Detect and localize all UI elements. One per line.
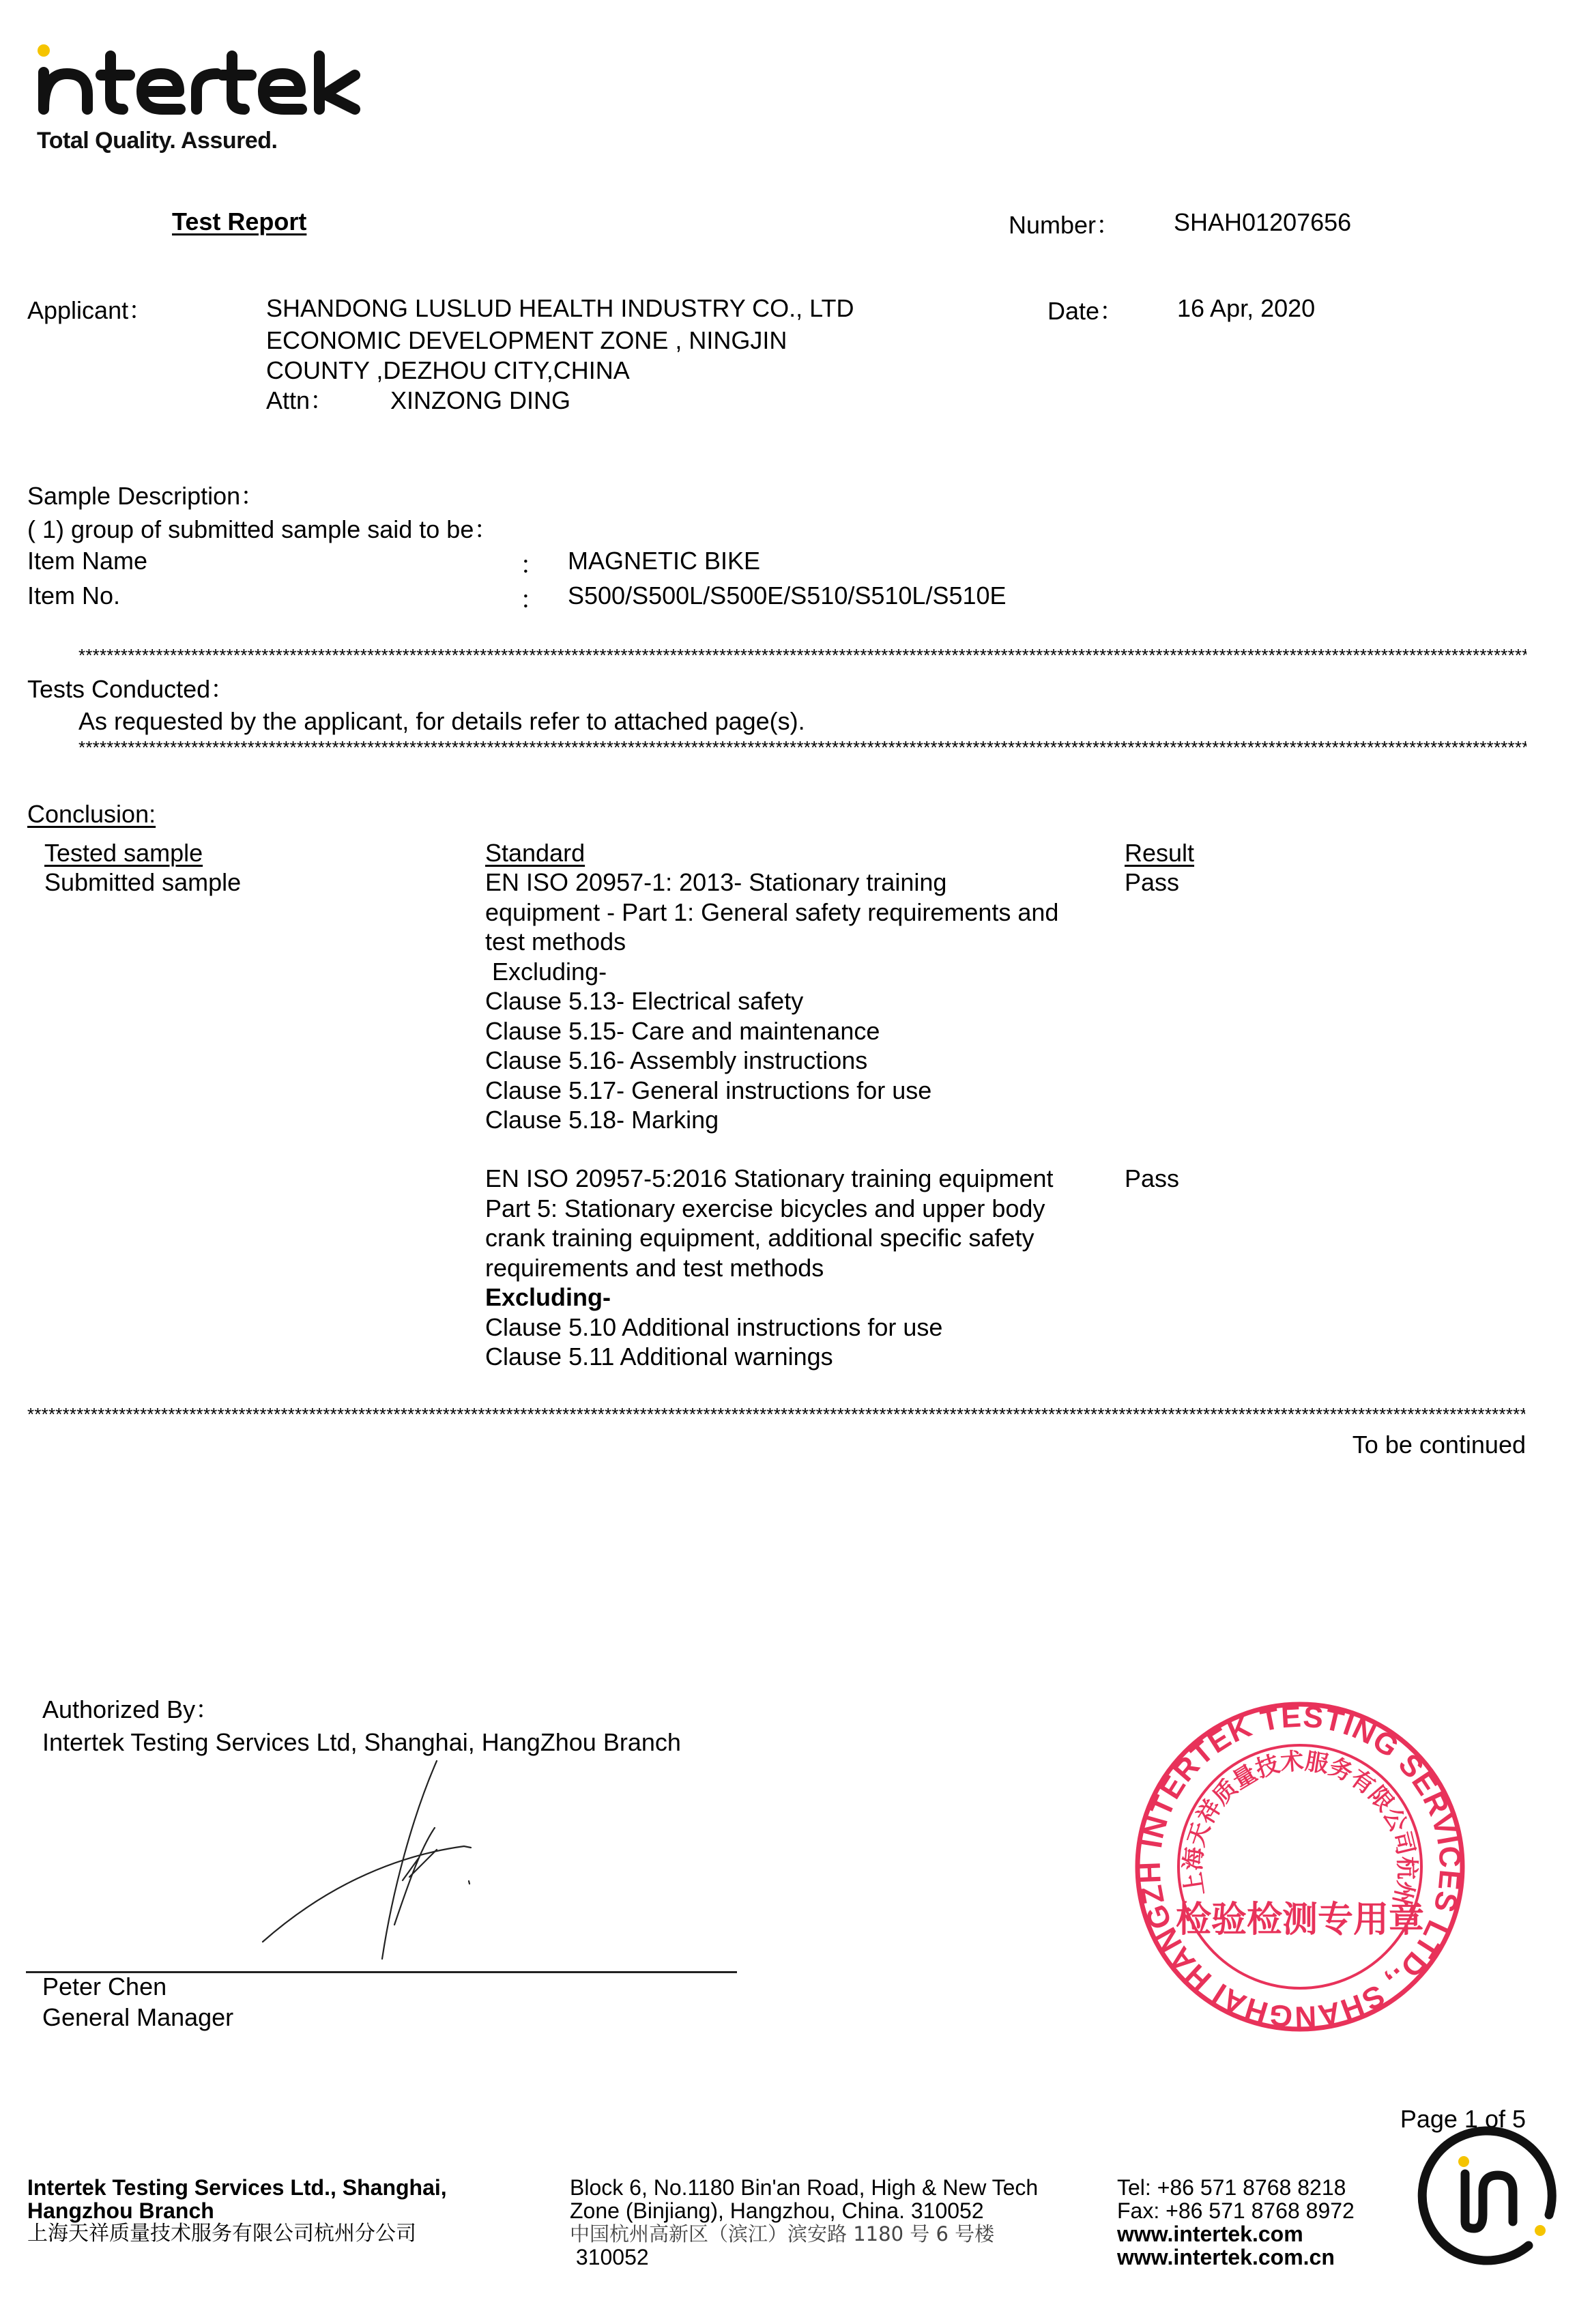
standard-line: Excluding-	[485, 957, 1058, 987]
footer-address: Block 6, No.1180 Bin'an Road, High & New…	[570, 2176, 1038, 2269]
conclusion-title: Conclusion:	[27, 799, 156, 829]
signer-title: General Manager	[42, 2003, 233, 2033]
footer-address-line: Block 6, No.1180 Bin'an Road, High & New…	[570, 2176, 1038, 2199]
footer-website-link[interactable]: www.intertek.com	[1117, 2222, 1355, 2246]
applicant-label: Applicant：	[27, 296, 153, 326]
footer-address-line: 中国杭州高新区（滨江）滨安路 1180 号 6 号楼	[570, 2222, 1038, 2246]
item-name-value: MAGNETIC BIKE	[568, 546, 760, 576]
attn-row: Attn： XINZONG DING	[266, 386, 854, 416]
item-name-label: Item Name	[27, 546, 147, 576]
separator: ****************************************…	[27, 1404, 1525, 1424]
footer-tel: Tel: +86 571 8768 8218	[1117, 2176, 1355, 2199]
separator: ****************************************…	[78, 645, 1527, 665]
intertek-logo: Total Quality. Assured.	[34, 33, 375, 156]
item-no-label: Item No.	[27, 581, 120, 611]
intertek-circle-logo-icon	[1416, 2126, 1563, 2273]
report-date: 16 Apr, 2020	[1177, 293, 1315, 324]
standard-block-2: EN ISO 20957-5:2016 Stationary training …	[485, 1164, 1054, 1372]
standard-line: Clause 5.15- Care and maintenance	[485, 1016, 1058, 1046]
authorized-by-label: Authorized By：	[42, 1695, 220, 1725]
tested-sample-value: Submitted sample	[44, 867, 241, 898]
standard-line: Excluding-	[485, 1282, 1054, 1312]
header-result: Result	[1125, 838, 1194, 868]
standard-line: Clause 5.11 Additional warnings	[485, 1342, 1054, 1372]
standard-line: equipment - Part 1: General safety requi…	[485, 898, 1058, 928]
report-number: SHAH01207656	[1174, 207, 1351, 238]
standard-line: Clause 5.18- Marking	[485, 1105, 1058, 1135]
page-title: Test Report	[172, 207, 306, 237]
standard-line: crank training equipment, additional spe…	[485, 1223, 1054, 1253]
header-tested-sample: Tested sample	[44, 838, 203, 868]
footer-company-cn: 上海天祥质量技术服务有限公司杭州分公司	[27, 2222, 447, 2246]
applicant-address: SHANDONG LUSLUD HEALTH INDUSTRY CO., LTD…	[266, 293, 854, 416]
standard-line: Clause 5.17- General instructions for us…	[485, 1076, 1058, 1106]
standard-line: Clause 5.16- Assembly instructions	[485, 1046, 1058, 1076]
sample-group-line: ( 1) group of submitted sample said to b…	[27, 515, 498, 545]
standard-line: EN ISO 20957-1: 2013- Stationary trainin…	[485, 867, 1058, 898]
result-value: Pass	[1125, 1164, 1179, 1194]
footer-address-line: Zone (Binjiang), Hangzhou, China. 310052	[570, 2199, 1038, 2222]
authorized-company: Intertek Testing Services Ltd, Shanghai,…	[42, 1727, 681, 1758]
official-stamp-icon: INTERTEK TESTING SERVICES LTD., SHANGHAI…	[1133, 1699, 1467, 2034]
attn-label: Attn：	[266, 386, 334, 414]
header-standard: Standard	[485, 838, 585, 868]
standard-line: test methods	[485, 927, 1058, 957]
to-be-continued: To be continued	[1352, 1430, 1526, 1460]
standard-line: Part 5: Stationary exercise bicycles and…	[485, 1194, 1054, 1224]
number-label: Number：	[1009, 210, 1120, 240]
attn-value: XINZONG DING	[390, 386, 570, 416]
signature-icon	[239, 1754, 525, 1966]
footer-fax: Fax: +86 571 8768 8972	[1117, 2199, 1355, 2222]
brand-tagline: Total Quality. Assured.	[37, 128, 375, 154]
footer-company-line: Intertek Testing Services Ltd., Shanghai…	[27, 2176, 447, 2199]
intertek-wordmark-icon	[34, 33, 375, 121]
tests-conducted-text: As requested by the applicant, for detai…	[78, 706, 805, 736]
sample-description-title: Sample Description：	[27, 481, 265, 511]
standard-line: Clause 5.13- Electrical safety	[485, 986, 1058, 1016]
signer-name: Peter Chen	[42, 1972, 167, 2002]
footer-contact: Tel: +86 571 8768 8218 Fax: +86 571 8768…	[1117, 2176, 1355, 2269]
standard-line: EN ISO 20957-5:2016 Stationary training …	[485, 1164, 1054, 1194]
tests-conducted-title: Tests Conducted：	[27, 674, 235, 704]
item-name-colon: ：	[520, 550, 545, 580]
standard-block-1: EN ISO 20957-1: 2013- Stationary trainin…	[485, 867, 1058, 1135]
applicant-line: COUNTY ,DEZHOU CITY,CHINA	[266, 356, 854, 386]
footer-company-line: Hangzhou Branch	[27, 2199, 447, 2222]
footer-website-cn-link[interactable]: www.intertek.com.cn	[1117, 2246, 1355, 2269]
standard-line: Clause 5.10 Additional instructions for …	[485, 1312, 1054, 1343]
item-no-value: S500/S500L/S500E/S510/S510L/S510E	[568, 581, 1007, 611]
footer-company: Intertek Testing Services Ltd., Shanghai…	[27, 2176, 447, 2246]
separator: ****************************************…	[78, 737, 1527, 758]
footer-address-line: 310052	[570, 2246, 1038, 2269]
stamp-center-text: 检验检测专用章	[1176, 1900, 1424, 1940]
date-label: Date：	[1047, 296, 1124, 326]
result-value: Pass	[1125, 867, 1179, 898]
applicant-line: ECONOMIC DEVELOPMENT ZONE , NINGJIN	[266, 326, 854, 356]
standard-line: requirements and test methods	[485, 1253, 1054, 1283]
item-no-colon: ：	[520, 585, 545, 615]
applicant-line: SHANDONG LUSLUD HEALTH INDUSTRY CO., LTD	[266, 293, 854, 324]
